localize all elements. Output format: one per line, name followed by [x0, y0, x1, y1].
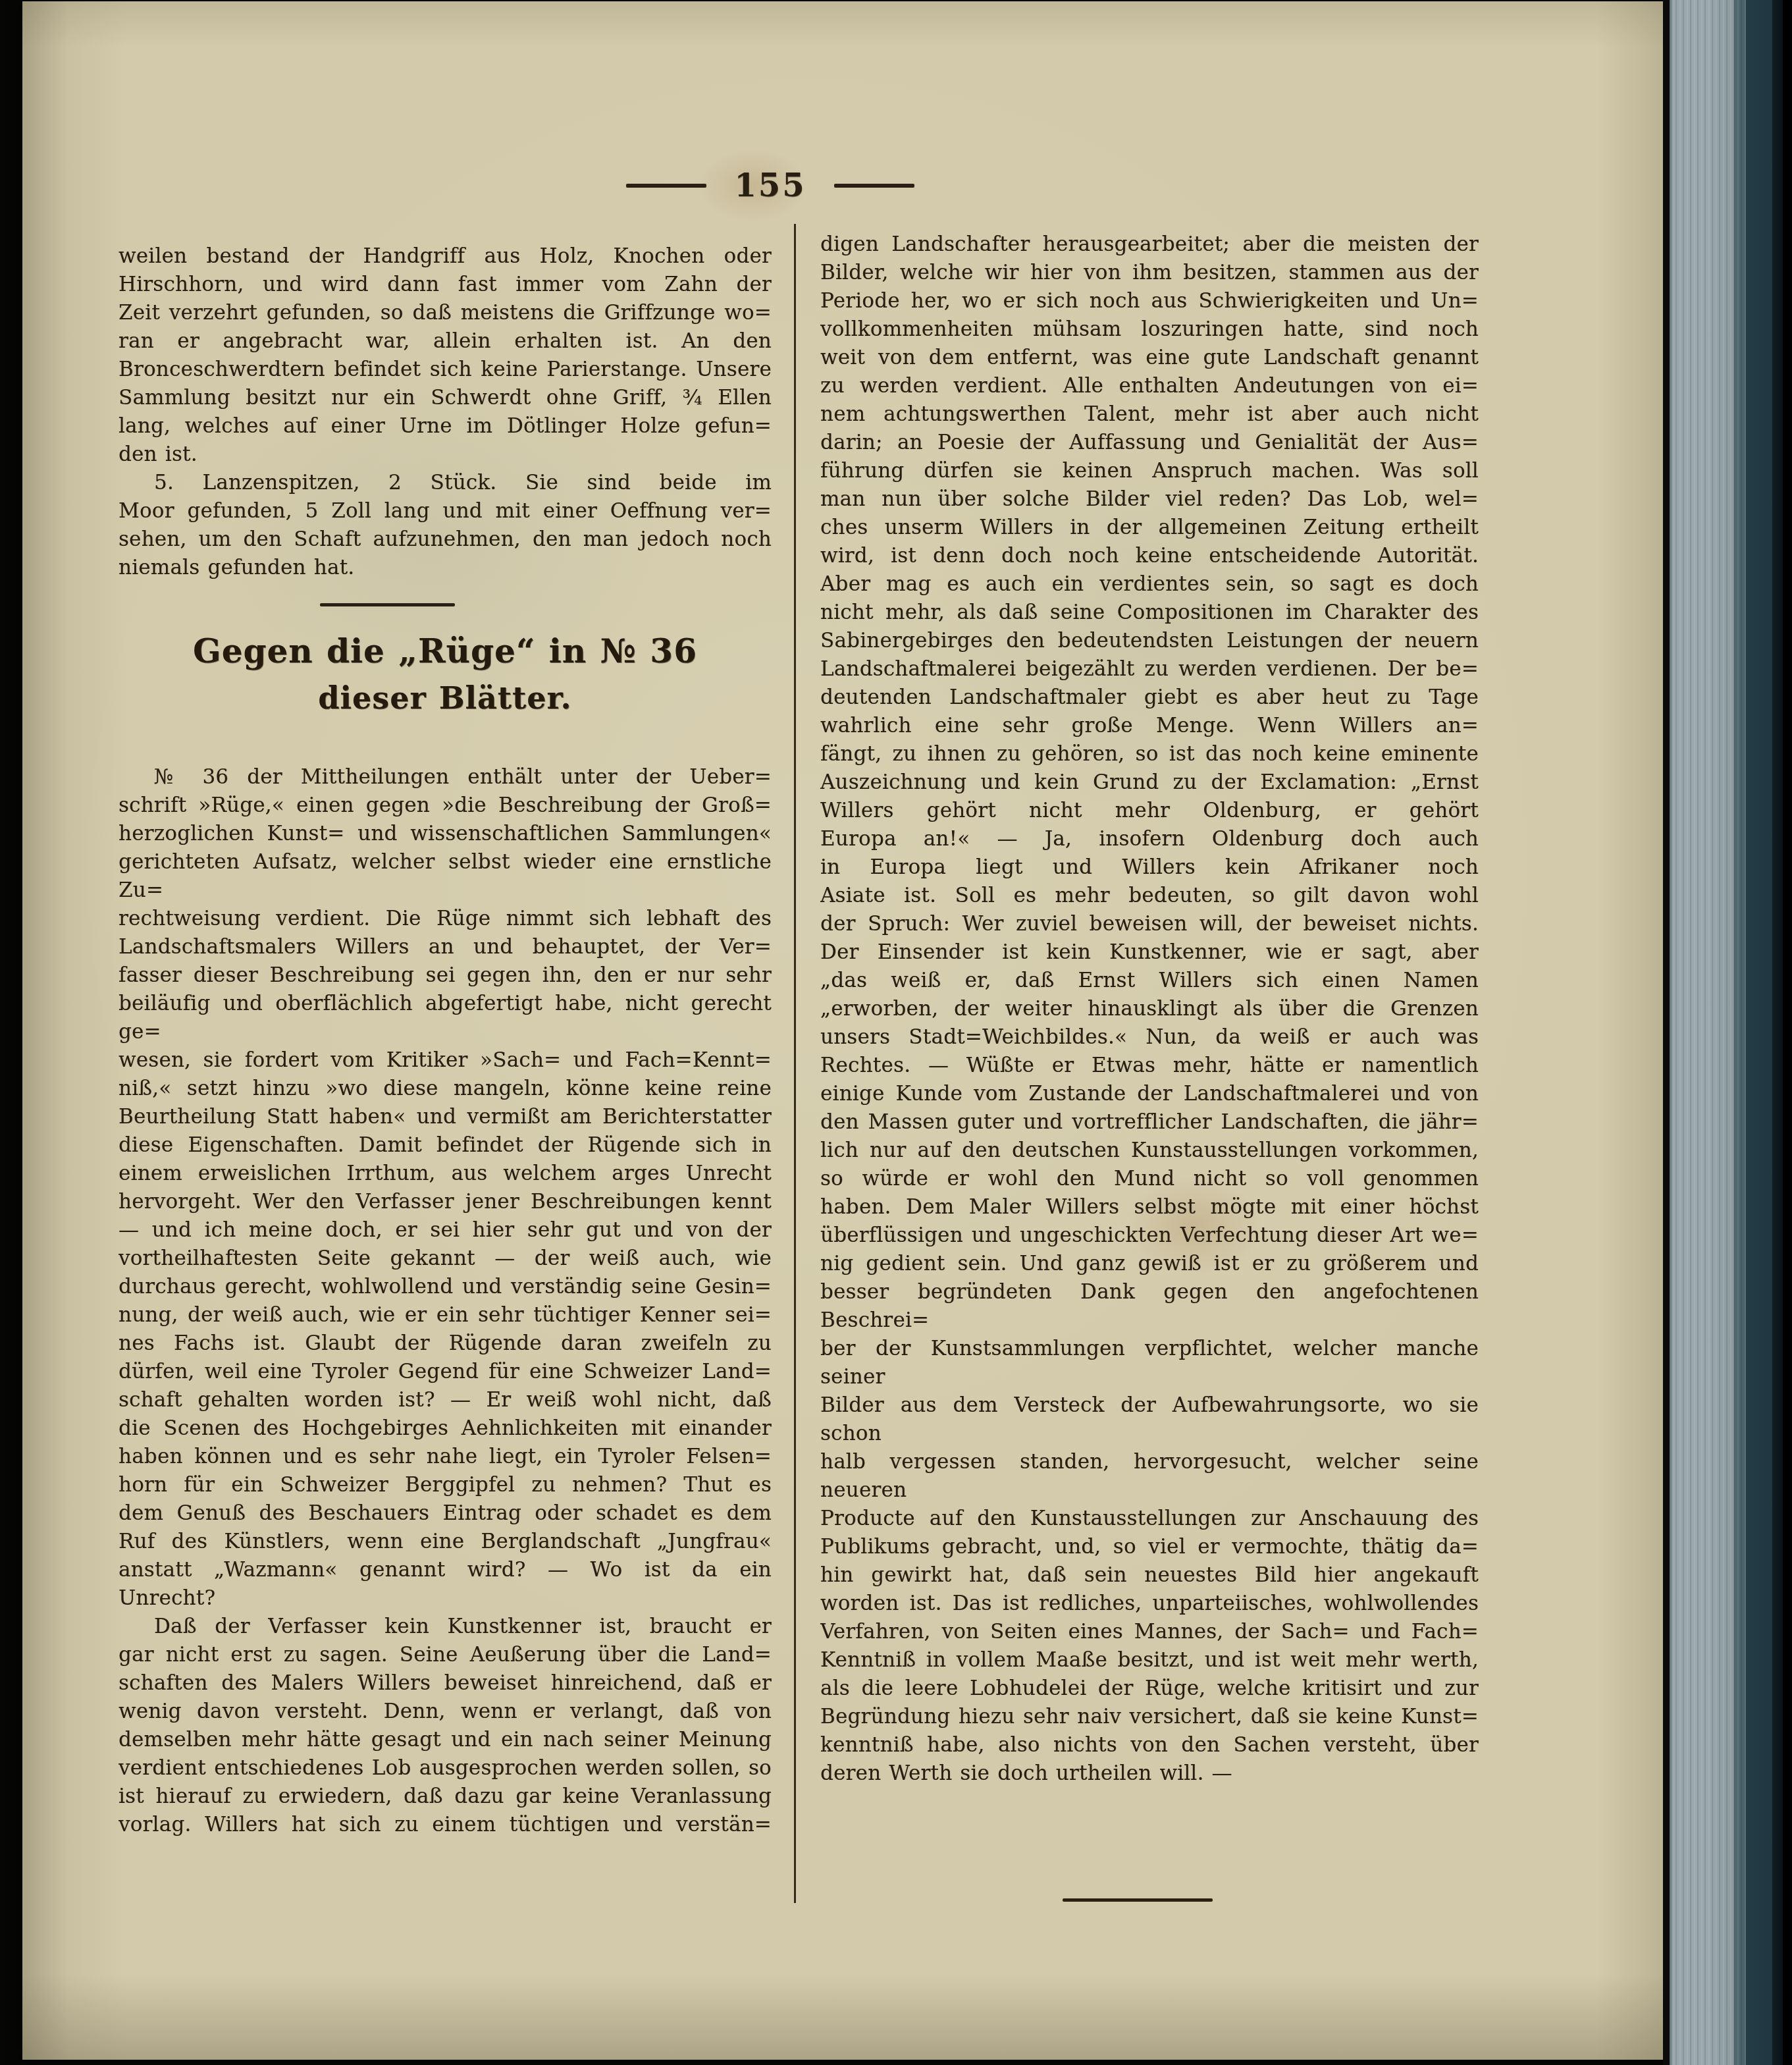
text-line: „erworben, der weiter hinausklingt als ü… [820, 995, 1479, 1023]
text-line: durchaus gerecht, wohlwollend und verstä… [119, 1273, 772, 1301]
article-end-rule [1063, 1898, 1213, 1902]
text-line: horn für ein Schweizer Berggipfel zu neh… [119, 1471, 772, 1499]
text-line: nig gedient sein. Und ganz gewiß ist er … [820, 1250, 1479, 1278]
text-line: Landschaftmalerei beigezählt zu werden v… [820, 655, 1479, 684]
paragraph-item5-lanzenspitzen: 5. Lanzenspitzen, 2 Stück. Sie sind beid… [119, 469, 772, 582]
text-line: unsers Stadt=Weichbildes.« Nun, da weiß … [820, 1023, 1479, 1052]
text-line: Auszeichnung und kein Grund zu der Excla… [820, 768, 1479, 797]
right-column: digen Landschafter herausgearbeitet; abe… [820, 230, 1479, 1902]
text-line: die Scenen des Hochgebirges Aehnlichkeit… [119, 1414, 772, 1443]
text-line: wesen, sie fordert vom Kritiker »Sach= u… [119, 1046, 772, 1075]
text-line: ran er angebracht war, allein erhalten i… [119, 327, 772, 356]
text-line: schaften des Malers Willers beweiset hin… [119, 1669, 772, 1698]
text-line: als die leere Lobhudelei der Rüge, welch… [820, 1675, 1479, 1703]
text-line: diese Eigenschaften. Damit befindet der … [119, 1131, 772, 1160]
text-line: weilen bestand der Handgriff aus Holz, K… [119, 242, 772, 271]
text-line: lich nur auf den deutschen Kunstausstell… [820, 1137, 1479, 1165]
text-line: digen Landschafter herausgearbeitet; abe… [820, 230, 1479, 259]
text-line: Daß der Verfasser kein Kunstkenner ist, … [119, 1613, 772, 1641]
text-line: überflüssigen und ungeschickten Verfecht… [820, 1221, 1479, 1250]
text-line: haben. Dem Maler Willers selbst mögte mi… [820, 1193, 1479, 1221]
left-column: weilen bestand der Handgriff aus Holz, K… [119, 242, 772, 1839]
paragraph-article-continuation: digen Landschafter herausgearbeitet; abe… [820, 230, 1479, 1788]
text-line: darin; an Poesie der Auffassung und Geni… [820, 429, 1479, 457]
text-line: Rechtes. — Wüßte er Etwas mehr, hätte er… [820, 1052, 1479, 1080]
text-line: hin gewirkt hat, daß sein neuestes Bild … [820, 1561, 1479, 1590]
text-line: Begründung hiezu sehr naiv versichert, d… [820, 1703, 1479, 1731]
paragraph-article-2: Daß der Verfasser kein Kunstkenner ist, … [119, 1613, 772, 1839]
text-line: vorlag. Willers hat sich zu einem tüchti… [119, 1811, 772, 1839]
text-line: Sabinergebirges den bedeutendsten Leistu… [820, 627, 1479, 655]
text-line: Periode her, wo er sich noch aus Schwier… [820, 287, 1479, 315]
text-line: Europa an!« — Ja, insofern Oldenburg doc… [820, 825, 1479, 853]
text-line: der Spruch: Wer zuviel beweisen will, de… [820, 910, 1479, 938]
text-line: vortheilhaftesten Seite gekannt — der we… [119, 1245, 772, 1273]
text-line: kenntniß habe, also nichts von den Sache… [820, 1731, 1479, 1759]
text-line: — und ich meine doch, er sei hier sehr g… [119, 1216, 772, 1245]
text-line: Producte auf den Kunstausstellungen zur … [820, 1505, 1479, 1533]
text-line: gar nicht erst zu sagen. Seine Aeußerung… [119, 1641, 772, 1669]
page-number-dash-right [834, 184, 914, 188]
text-line: man nun über solche Bilder viel reden? D… [820, 485, 1479, 514]
text-line: hervorgeht. Wer den Verfasser jener Besc… [119, 1188, 772, 1216]
article-heading: Gegen die „Rüge“ in № 36 dieser Blätter. [119, 626, 772, 720]
paragraph-continuation-item4: weilen bestand der Handgriff aus Holz, K… [119, 242, 772, 469]
text-line: nem achtungswerthen Talent, mehr ist abe… [820, 400, 1479, 429]
text-line: Bilder, welche wir hier von ihm besitzen… [820, 259, 1479, 287]
page-edge-streaks [1672, 0, 1746, 2065]
text-line: schrift »Rüge,« einen gegen »die Beschre… [119, 791, 772, 820]
text-line: Publikums gebracht, und, so viel er verm… [820, 1533, 1479, 1561]
text-line: anstatt „Wazmann« genannt wird? — Wo ist… [119, 1556, 772, 1584]
text-line: nes Fachs ist. Glaubt der Rügende daran … [119, 1329, 772, 1358]
book-page-edges [1663, 0, 1792, 2065]
text-line: weit von dem entfernt, was eine gute Lan… [820, 344, 1479, 372]
section-divider-rule [320, 603, 455, 606]
page-number-row: 155 [309, 167, 1231, 204]
text-line: sehen, um den Schaft aufzunehmen, den ma… [119, 525, 772, 554]
page-number: 155 [734, 167, 806, 204]
text-line: gerichteten Aufsatz, welcher selbst wied… [119, 848, 772, 905]
text-line: lang, welches auf einer Urne im Dötlinge… [119, 412, 772, 441]
text-line: niemals gefunden hat. [119, 554, 772, 582]
text-line: einige Kunde vom Zustande der Landschaft… [820, 1080, 1479, 1108]
text-line: zu werden verdient. Alle enthalten Andeu… [820, 372, 1479, 400]
text-line: niß,« setzt hinzu »wo diese mangeln, kön… [119, 1075, 772, 1103]
text-line: Moor gefunden, 5 Zoll lang und mit einer… [119, 497, 772, 525]
text-line: Sammlung besitzt nur ein Schwerdt ohne G… [119, 384, 772, 412]
text-line: fasser dieser Beschreibung sei gegen ihn… [119, 961, 772, 990]
scan-background: 155 weilen bestand der Handgriff aus Hol… [0, 0, 1792, 2065]
text-line: Bilder aus dem Versteck der Aufbewahrung… [820, 1391, 1479, 1448]
text-line: den Massen guter und vortrefflicher Land… [820, 1108, 1479, 1137]
text-line: wird, ist denn doch noch keine entscheid… [820, 542, 1479, 570]
text-line: deren Werth sie doch urtheilen will. — [820, 1759, 1479, 1788]
text-line: so würde er wohl den Mund nicht so voll … [820, 1165, 1479, 1193]
text-line: 5. Lanzenspitzen, 2 Stück. Sie sind beid… [119, 469, 772, 497]
text-line: worden ist. Das ist redliches, unparteii… [820, 1590, 1479, 1618]
text-line: Willers gehört nicht mehr Oldenburg, er … [820, 797, 1479, 825]
text-line: beiläufig und oberflächlich abgefertigt … [119, 990, 772, 1046]
text-line: Der Einsender ist kein Kunstkenner, wie … [820, 938, 1479, 967]
text-line: Verfahren, von Seiten eines Mannes, der … [820, 1618, 1479, 1646]
text-line: haben können und es sehr nahe liegt, ein… [119, 1443, 772, 1471]
text-line: fängt, zu ihnen zu gehören, so ist das n… [820, 740, 1479, 768]
text-line: Zeit verzehrt gefunden, so daß meistens … [119, 299, 772, 327]
text-line: herzoglichen Kunst= und wissenschaftlich… [119, 820, 772, 848]
text-line: Beurtheilung Statt haben« und vermißt am… [119, 1103, 772, 1131]
text-line: Hirschhorn, und wird dann fast immer vom… [119, 271, 772, 299]
text-line: halb vergessen standen, hervorgesucht, w… [820, 1448, 1479, 1505]
text-line: № 36 der Mittheilungen enthält unter der… [119, 763, 772, 791]
text-line: ches unserm Willers in der allgemeinen Z… [820, 514, 1479, 542]
book-page: 155 weilen bestand der Handgriff aus Hol… [22, 1, 1663, 2060]
text-line: einem erweislichen Irrthum, aus welchem … [119, 1160, 772, 1188]
text-line: Kenntniß in vollem Maaße besitzt, und is… [820, 1646, 1479, 1675]
text-line: Aber mag es auch ein verdientes sein, so… [820, 570, 1479, 599]
text-line: rechtweisung verdient. Die Rüge nimmt si… [119, 905, 772, 933]
text-line: nung, der weiß auch, wie er ein sehr tüc… [119, 1301, 772, 1329]
text-line: vollkommenheiten mühsam loszuringen hatt… [820, 315, 1479, 344]
text-line: Ruf des Künstlers, wenn eine Berglandsch… [119, 1528, 772, 1556]
column-divider [794, 224, 796, 1903]
text-line: „das weiß er, daß Ernst Willers sich ein… [820, 967, 1479, 995]
text-line: ber der Kunstsammlungen verpflichtet, we… [820, 1335, 1479, 1391]
article-heading-line2: dieser Blätter. [119, 676, 772, 720]
text-line: Bronceschwerdtern befindet sich keine Pa… [119, 356, 772, 384]
text-line: führung dürfen sie keinen Anspruch mache… [820, 457, 1479, 485]
text-line: Landschaftsmalers Willers an und behaupt… [119, 933, 772, 961]
text-line: wenig davon versteht. Denn, wenn er verl… [119, 1698, 772, 1726]
text-line: Unrecht? [119, 1584, 772, 1613]
text-line: in Europa liegt und Willers kein Afrikan… [820, 853, 1479, 882]
text-line: ist hierauf zu erwiedern, daß dazu gar k… [119, 1783, 772, 1811]
text-line: wahrlich eine sehr große Menge. Wenn Wil… [820, 712, 1479, 740]
text-line: dem Genuß des Beschauers Eintrag oder sc… [119, 1499, 772, 1528]
text-line: nicht mehr, als daß seine Compositionen … [820, 599, 1479, 627]
text-line: deutenden Landschaftmaler giebt es aber … [820, 684, 1479, 712]
text-line: demselben mehr hätte gesagt und ein nach… [119, 1726, 772, 1754]
page-number-dash-left [626, 184, 706, 188]
paragraph-article-1: № 36 der Mittheilungen enthält unter der… [119, 763, 772, 1613]
text-line: besser begründeten Dank gegen den angefo… [820, 1278, 1479, 1335]
article-heading-line1: Gegen die „Rüge“ in № 36 [119, 626, 772, 676]
text-line: den ist. [119, 441, 772, 469]
text-line: Asiate ist. Soll es mehr bedeuten, so gi… [820, 882, 1479, 910]
text-line: schaft gehalten worden ist? — Er weiß wo… [119, 1386, 772, 1414]
text-line: dürfen, weil eine Tyroler Gegend für ein… [119, 1358, 772, 1386]
text-line: verdient entschiedenes Lob ausgesprochen… [119, 1754, 772, 1783]
